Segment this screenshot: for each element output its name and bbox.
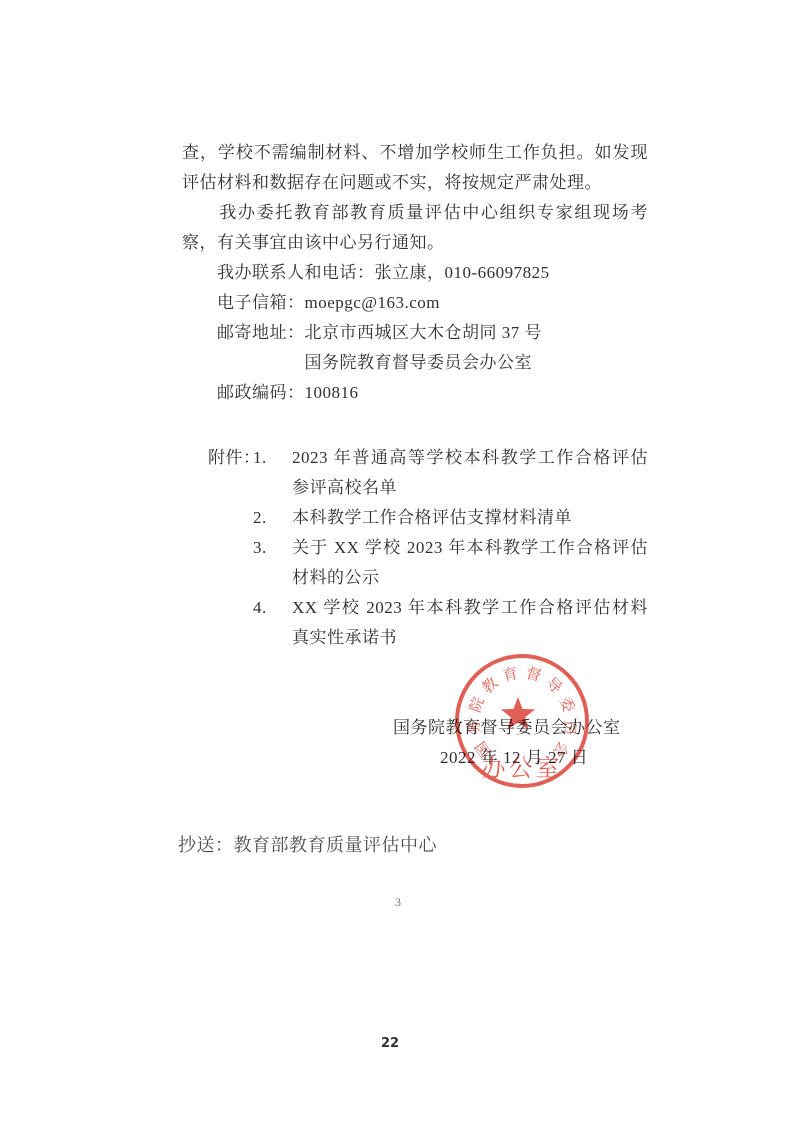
attachment-item-number: 4. <box>253 594 267 622</box>
attachment-item-number: 2. <box>253 504 267 532</box>
body-paragraph-line: 察，有关事宜由该中心另行通知。 <box>182 229 445 257</box>
cc-label: 抄送： <box>178 835 234 855</box>
body-paragraph-line: 我办委托教育部教育质量评估中心组织专家组现场考 <box>182 199 648 227</box>
attachment-item-line: 材料的公示 <box>292 564 380 592</box>
svg-text:教: 教 <box>479 674 502 697</box>
svg-text:委: 委 <box>556 695 577 715</box>
attachment-item-number: 3. <box>253 534 267 562</box>
contact-address-line: 邮寄地址：北京市西城区大木仓胡同 37 号 <box>182 319 542 347</box>
doc-page-number: 3 <box>358 895 438 910</box>
contact-postcode-line: 邮政编码：100816 <box>182 379 359 407</box>
viewer-page-number: 22 <box>350 1036 430 1051</box>
document-page: { "page": { "background": "#ffffff", "do… <box>0 0 793 1122</box>
cc-line: 抄送：教育部教育质量评估中心 <box>178 831 437 859</box>
attachment-item-line: 参评高校名单 <box>292 474 397 502</box>
attachment-item-line: 关于 XX 学校 2023 年本科教学工作合格评估 <box>292 534 648 562</box>
svg-text:育: 育 <box>501 664 520 685</box>
svg-text:院: 院 <box>467 695 488 715</box>
contact-phone-line: 我办联系人和电话：张立康，010-66097825 <box>182 259 550 287</box>
attachment-item-line: 本科教学工作合格评估支撑材料清单 <box>292 504 572 532</box>
attachment-item-line: 2023 年普通高等学校本科教学工作合格评估 <box>292 444 648 472</box>
svg-text:督: 督 <box>524 665 543 685</box>
contact-email-line: 电子信箱：moepgc@163.com <box>182 289 440 317</box>
signature-org: 国务院教育督导委员会办公室 <box>393 714 621 742</box>
attachment-item-line: XX 学校 2023 年本科教学工作合格评估材料 <box>292 594 648 622</box>
body-paragraph-line: 查，学校不需编制材料、不增加学校师生工作负担。如发现 <box>182 139 648 167</box>
svg-text:导: 导 <box>543 674 566 697</box>
signature-date: 2022 年 12 月 27 日 <box>440 744 588 772</box>
cc-text: 教育部教育质量评估中心 <box>234 835 438 855</box>
body-paragraph-line: 评估材料和数据存在问题或不实，将按规定严肃处理。 <box>182 169 602 197</box>
contact-address-line2: 国务院教育督导委员会办公室 <box>182 349 532 377</box>
attachment-item-number: 1. <box>253 444 267 472</box>
attachment-item-line: 真实性承诺书 <box>292 624 397 652</box>
